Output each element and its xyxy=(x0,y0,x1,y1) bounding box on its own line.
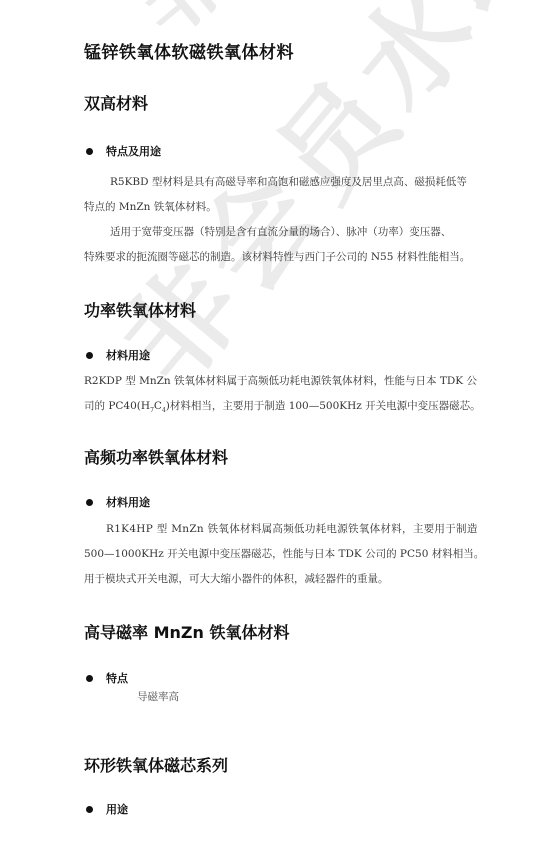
section-heading-toroidal-cores: 环形铁氧体磁芯系列 xyxy=(84,753,228,776)
document-title: 锰锌铁氧体软磁铁氧体材料 xyxy=(84,38,294,63)
bullet-material-usage: 材料用途 xyxy=(84,494,150,510)
text-line: R2KDP 型 MnZn 铁氧体材料属于高频低功耗电源铁氧体材料，性能与日本 T… xyxy=(84,369,524,394)
text-line: 适用于宽带变压器（特别是含有直流分量的场合）、脉冲（功率）变压器、 xyxy=(84,220,524,245)
bullet-material-usage: 材料用途 xyxy=(84,347,150,363)
text-line: R1K4HP 型 MnZn 铁氧体材料属高频低功耗电源铁氧体材料，主要用于制造 xyxy=(84,517,524,542)
section-3-paragraph: R1K4HP 型 MnZn 铁氧体材料属高频低功耗电源铁氧体材料，主要用于制造 … xyxy=(84,517,524,592)
bullet-features: 特点 xyxy=(84,670,128,686)
text-line: 500—1000KHz 开关电源中变压器磁芯，性能与日本 TDK 公司的 PC5… xyxy=(84,542,524,567)
bullet-label: 材料用途 xyxy=(106,494,150,510)
section-heading-high-permeability: 高导磁率 MnZn 铁氧体材料 xyxy=(84,620,289,643)
bullet-label: 特点 xyxy=(106,670,128,686)
text-line: 特点的 MnZn 铁氧体材料。 xyxy=(84,195,524,220)
bullet-dot-icon xyxy=(86,806,93,813)
bullet-label: 特点及用途 xyxy=(106,143,161,159)
feature-text: 导磁率高 xyxy=(137,689,179,704)
section-heading-power: 功率铁氧体材料 xyxy=(84,298,196,321)
bullet-features-usage: 特点及用途 xyxy=(84,143,161,159)
section-heading-high-freq-power: 高频功率铁氧体材料 xyxy=(84,445,228,468)
section-heading-dual-high: 双高材料 xyxy=(84,91,148,114)
bullet-dot-icon xyxy=(86,675,93,682)
section-1-paragraph: R5KBD 型材料是具有高磁导率和高饱和磁感应强度及居里点高、磁损耗低等 特点的… xyxy=(84,170,524,270)
bullet-dot-icon xyxy=(86,148,93,155)
text-line: R5KBD 型材料是具有高磁导率和高饱和磁感应强度及居里点高、磁损耗低等 xyxy=(84,170,524,195)
text-line: 特殊要求的扼流圈等磁芯的制造。该材料特性与西门子公司的 N55 材料性能相当。 xyxy=(84,245,524,270)
bullet-label: 材料用途 xyxy=(106,347,150,363)
text-line: 司的 PC40(H7C4)材料相当，主要用于制造 100—500KHz 开关电源… xyxy=(84,394,524,423)
section-2-paragraph: R2KDP 型 MnZn 铁氧体材料属于高频低功耗电源铁氧体材料，性能与日本 T… xyxy=(84,369,524,423)
bullet-usage: 用途 xyxy=(84,801,128,817)
bullet-dot-icon xyxy=(86,352,93,359)
text-line: 用于模块式开关电源，可大大缩小器件的体积，减轻器件的重量。 xyxy=(84,567,524,592)
bullet-label: 用途 xyxy=(106,801,128,817)
bullet-dot-icon xyxy=(86,499,93,506)
